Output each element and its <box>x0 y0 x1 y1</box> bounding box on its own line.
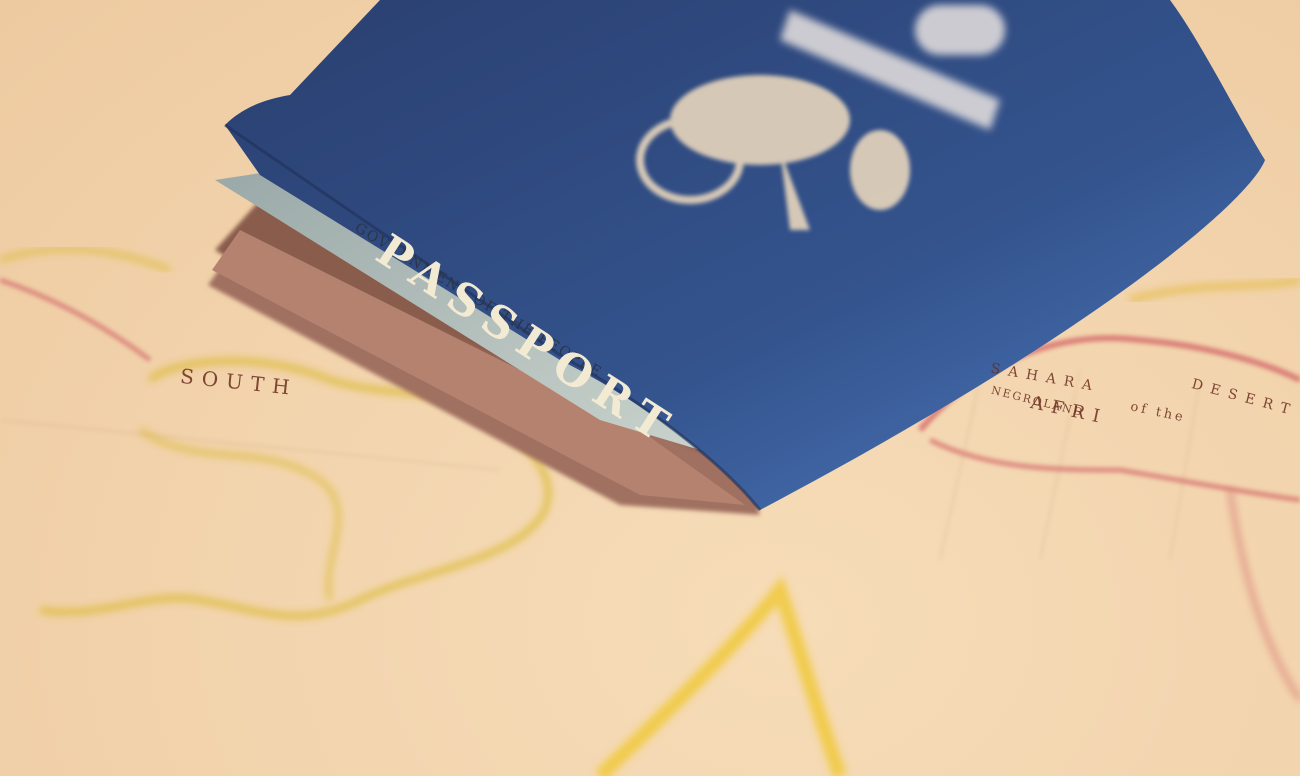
photo-scene: SOUTH SAHARA AFRI NEGROLAND of the DESER… <box>0 0 1300 776</box>
